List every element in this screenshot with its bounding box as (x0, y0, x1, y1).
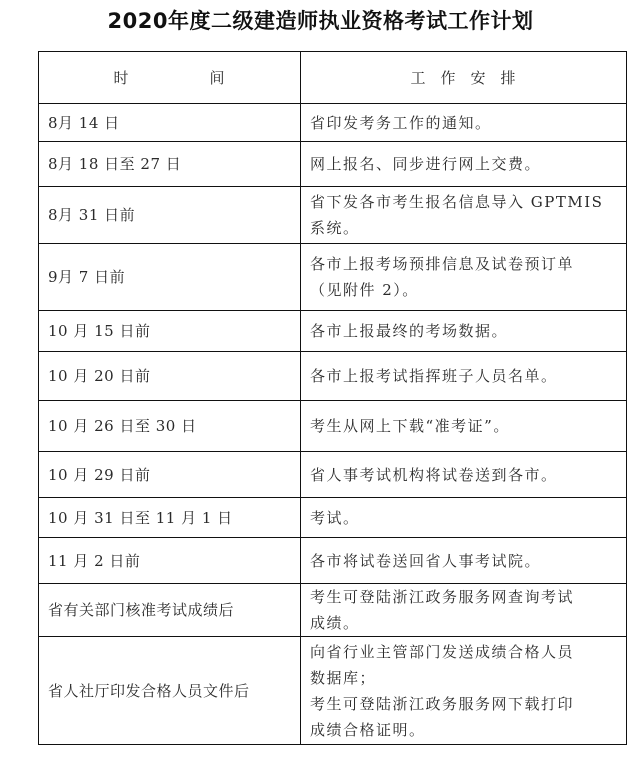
time-text: 省有关部门核准考试成绩后 (48, 601, 234, 619)
header-time-char-2: 间 (210, 69, 226, 87)
table-row: 11 月 2 日前各市将试卷送回省人事考试院。 (39, 538, 627, 584)
task-text-line: 网上报名、同步进行网上交费。 (310, 151, 626, 177)
task-cell: 省印发考务工作的通知。 (301, 104, 627, 142)
table-row: 8月 31 日前省下发各市考生报名信息导入 GPTMIS系统。 (39, 187, 627, 244)
header-task-char-4: 排 (501, 69, 517, 87)
table-row: 10 月 31 日至 11 月 1 日考试。 (39, 498, 627, 538)
time-text: 省人社厅印发合格人员文件后 (48, 682, 250, 700)
time-text: 10 月 20 日前 (48, 367, 150, 385)
table-row: 8月 14 日省印发考务工作的通知。 (39, 104, 627, 142)
task-cell: 考试。 (301, 498, 627, 538)
table-row: 9月 7 日前各市上报考场预排信息及试卷预订单（见附件 2）。 (39, 244, 627, 311)
document-title: 2020年度二级建造师执业资格考试工作计划 (0, 6, 641, 36)
time-text: 8月 18 日至 27 日 (48, 155, 181, 173)
time-text: 9月 7 日前 (48, 268, 125, 286)
table-body: 8月 14 日省印发考务工作的通知。8月 18 日至 27 日网上报名、同步进行… (39, 104, 627, 745)
table-row: 省有关部门核准考试成绩后考生可登陆浙江政务服务网查询考试成绩。 (39, 584, 627, 637)
table-row: 10 月 29 日前省人事考试机构将试卷送到各市。 (39, 452, 627, 498)
task-text-line: 各市上报考场预排信息及试卷预订单 (310, 251, 626, 277)
task-text-line: 考生可登陆浙江政务服务网查询考试 (310, 584, 626, 610)
task-text-line: 各市将试卷送回省人事考试院。 (310, 548, 626, 574)
header-task-char-1: 工 (410, 69, 426, 87)
time-cell: 省人社厅印发合格人员文件后 (39, 637, 301, 745)
task-cell: 各市上报最终的考场数据。 (301, 311, 627, 352)
task-cell: 省人事考试机构将试卷送到各市。 (301, 452, 627, 498)
task-text-line: （见附件 2）。 (310, 277, 626, 303)
work-plan-table: 时间 工作安排 8月 14 日省印发考务工作的通知。8月 18 日至 27 日网… (38, 51, 627, 745)
time-cell: 10 月 15 日前 (39, 311, 301, 352)
task-cell: 省下发各市考生报名信息导入 GPTMIS系统。 (301, 187, 627, 244)
time-cell: 8月 18 日至 27 日 (39, 142, 301, 187)
header-task-char-2: 作 (440, 69, 456, 87)
task-text-line: 考生从网上下载“准考证”。 (310, 413, 626, 439)
column-header-time: 时间 (39, 52, 301, 104)
time-text: 10 月 29 日前 (48, 466, 150, 484)
time-text: 10 月 31 日至 11 月 1 日 (48, 509, 233, 527)
time-text: 8月 14 日 (48, 114, 120, 132)
time-text: 11 月 2 日前 (48, 552, 140, 570)
time-cell: 8月 14 日 (39, 104, 301, 142)
task-text-line: 省印发考务工作的通知。 (310, 110, 626, 136)
time-cell: 省有关部门核准考试成绩后 (39, 584, 301, 637)
time-cell: 9月 7 日前 (39, 244, 301, 311)
time-text: 8月 31 日前 (48, 206, 135, 224)
task-cell: 各市上报考场预排信息及试卷预订单（见附件 2）。 (301, 244, 627, 311)
time-cell: 10 月 31 日至 11 月 1 日 (39, 498, 301, 538)
task-text-line: 考试。 (310, 505, 626, 531)
task-cell: 向省行业主管部门发送成绩合格人员数据库；考生可登陆浙江政务服务网下载打印成绩合格… (301, 637, 627, 745)
time-cell: 8月 31 日前 (39, 187, 301, 244)
task-text-line: 数据库； (310, 665, 626, 691)
task-text-line: 各市上报最终的考场数据。 (310, 318, 626, 344)
task-cell: 各市上报考试指挥班子人员名单。 (301, 352, 627, 401)
task-text-line: 向省行业主管部门发送成绩合格人员 (310, 639, 626, 665)
table-row: 10 月 15 日前各市上报最终的考场数据。 (39, 311, 627, 352)
time-text: 10 月 15 日前 (48, 322, 150, 340)
table-row: 10 月 26 日至 30 日考生从网上下载“准考证”。 (39, 401, 627, 452)
table-header-row: 时间 工作安排 (39, 52, 627, 104)
task-text-line: 省下发各市考生报名信息导入 GPTMIS (310, 189, 626, 215)
task-text-line: 成绩。 (310, 610, 626, 636)
task-cell: 网上报名、同步进行网上交费。 (301, 142, 627, 187)
time-cell: 11 月 2 日前 (39, 538, 301, 584)
table-row: 省人社厅印发合格人员文件后向省行业主管部门发送成绩合格人员数据库；考生可登陆浙江… (39, 637, 627, 745)
column-header-task: 工作安排 (301, 52, 627, 104)
table-row: 10 月 20 日前各市上报考试指挥班子人员名单。 (39, 352, 627, 401)
task-text-line: 系统。 (310, 215, 626, 241)
header-task-char-3: 安 (471, 69, 487, 87)
task-cell: 考生可登陆浙江政务服务网查询考试成绩。 (301, 584, 627, 637)
task-text-line: 成绩合格证明。 (310, 717, 626, 743)
time-cell: 10 月 20 日前 (39, 352, 301, 401)
header-time-char-1: 时 (113, 69, 129, 87)
task-text-line: 省人事考试机构将试卷送到各市。 (310, 462, 626, 488)
time-text: 10 月 26 日至 30 日 (48, 417, 197, 435)
table-row: 8月 18 日至 27 日网上报名、同步进行网上交费。 (39, 142, 627, 187)
time-cell: 10 月 29 日前 (39, 452, 301, 498)
task-text-line: 考生可登陆浙江政务服务网下载打印 (310, 691, 626, 717)
time-cell: 10 月 26 日至 30 日 (39, 401, 301, 452)
task-cell: 各市将试卷送回省人事考试院。 (301, 538, 627, 584)
task-text-line: 各市上报考试指挥班子人员名单。 (310, 363, 626, 389)
task-cell: 考生从网上下载“准考证”。 (301, 401, 627, 452)
